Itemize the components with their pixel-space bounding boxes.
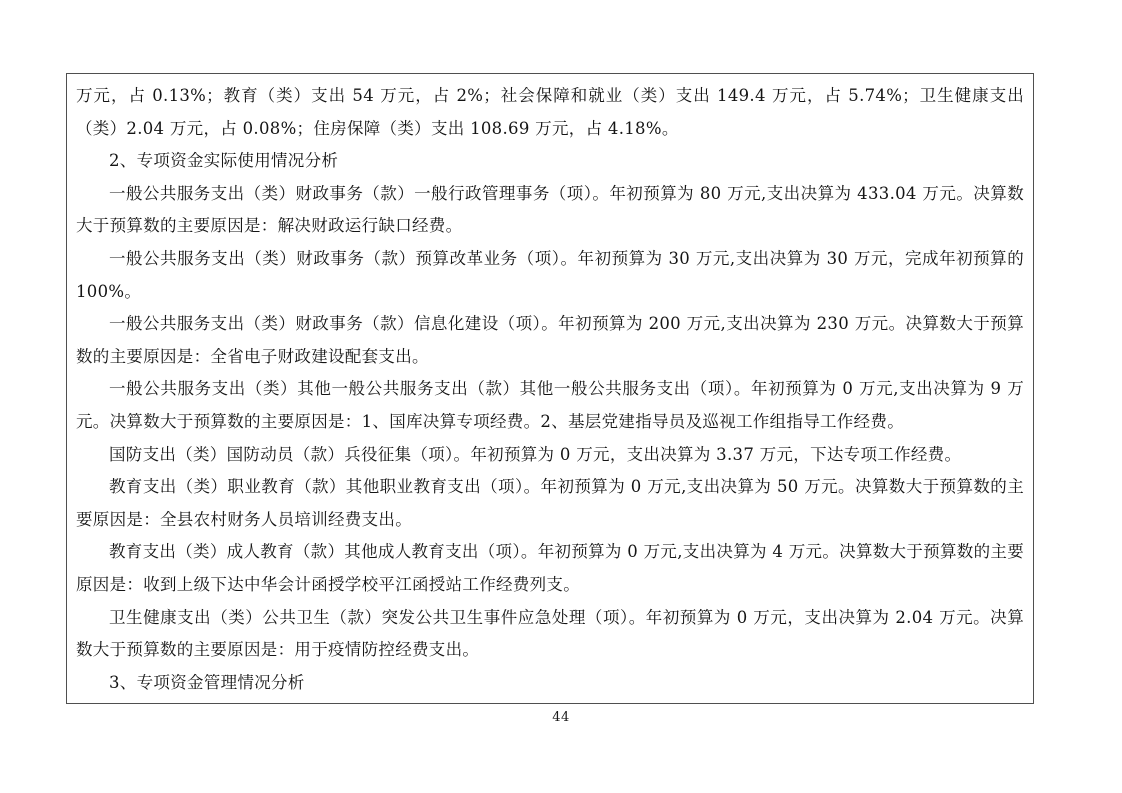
paragraph-general-admin-affairs: 一般公共服务支出（类）财政事务（款）一般行政管理事务（项）。年初预算为 80 万… [76, 178, 1024, 243]
heading-special-funds-management-analysis: 3、专项资金管理情况分析 [76, 667, 1024, 700]
paragraph-expenditure-percentages: 万元，占 0.13%；教育（类）支出 54 万元，占 2%；社会保障和就业（类）… [76, 80, 1024, 145]
paragraph-other-public-services: 一般公共服务支出（类）其他一般公共服务支出（款）其他一般公共服务支出（项）。年初… [76, 373, 1024, 438]
blank-line [76, 699, 1024, 704]
paragraph-national-defense: 国防支出（类）国防动员（款）兵役征集（项）。年初预算为 0 万元，支出决算为 3… [76, 439, 1024, 472]
paragraph-public-health: 卫生健康支出（类）公共卫生（款）突发公共卫生事件应急处理（项）。年初预算为 0 … [76, 602, 1024, 667]
document-page: 万元，占 0.13%；教育（类）支出 54 万元，占 2%；社会保障和就业（类）… [0, 0, 1122, 793]
page-number: 44 [0, 710, 1122, 725]
heading-special-funds-usage-analysis: 2、专项资金实际使用情况分析 [76, 145, 1024, 178]
paragraph-vocational-education: 教育支出（类）职业教育（款）其他职业教育支出（项）。年初预算为 0 万元,支出决… [76, 471, 1024, 536]
content-border-box: 万元，占 0.13%；教育（类）支出 54 万元，占 2%；社会保障和就业（类）… [66, 73, 1034, 704]
paragraph-budget-reform: 一般公共服务支出（类）财政事务（款）预算改革业务（项）。年初预算为 30 万元,… [76, 243, 1024, 308]
paragraph-informatization: 一般公共服务支出（类）财政事务（款）信息化建设（项）。年初预算为 200 万元,… [76, 308, 1024, 373]
paragraph-adult-education: 教育支出（类）成人教育（款）其他成人教育支出（项）。年初预算为 0 万元,支出决… [76, 536, 1024, 601]
